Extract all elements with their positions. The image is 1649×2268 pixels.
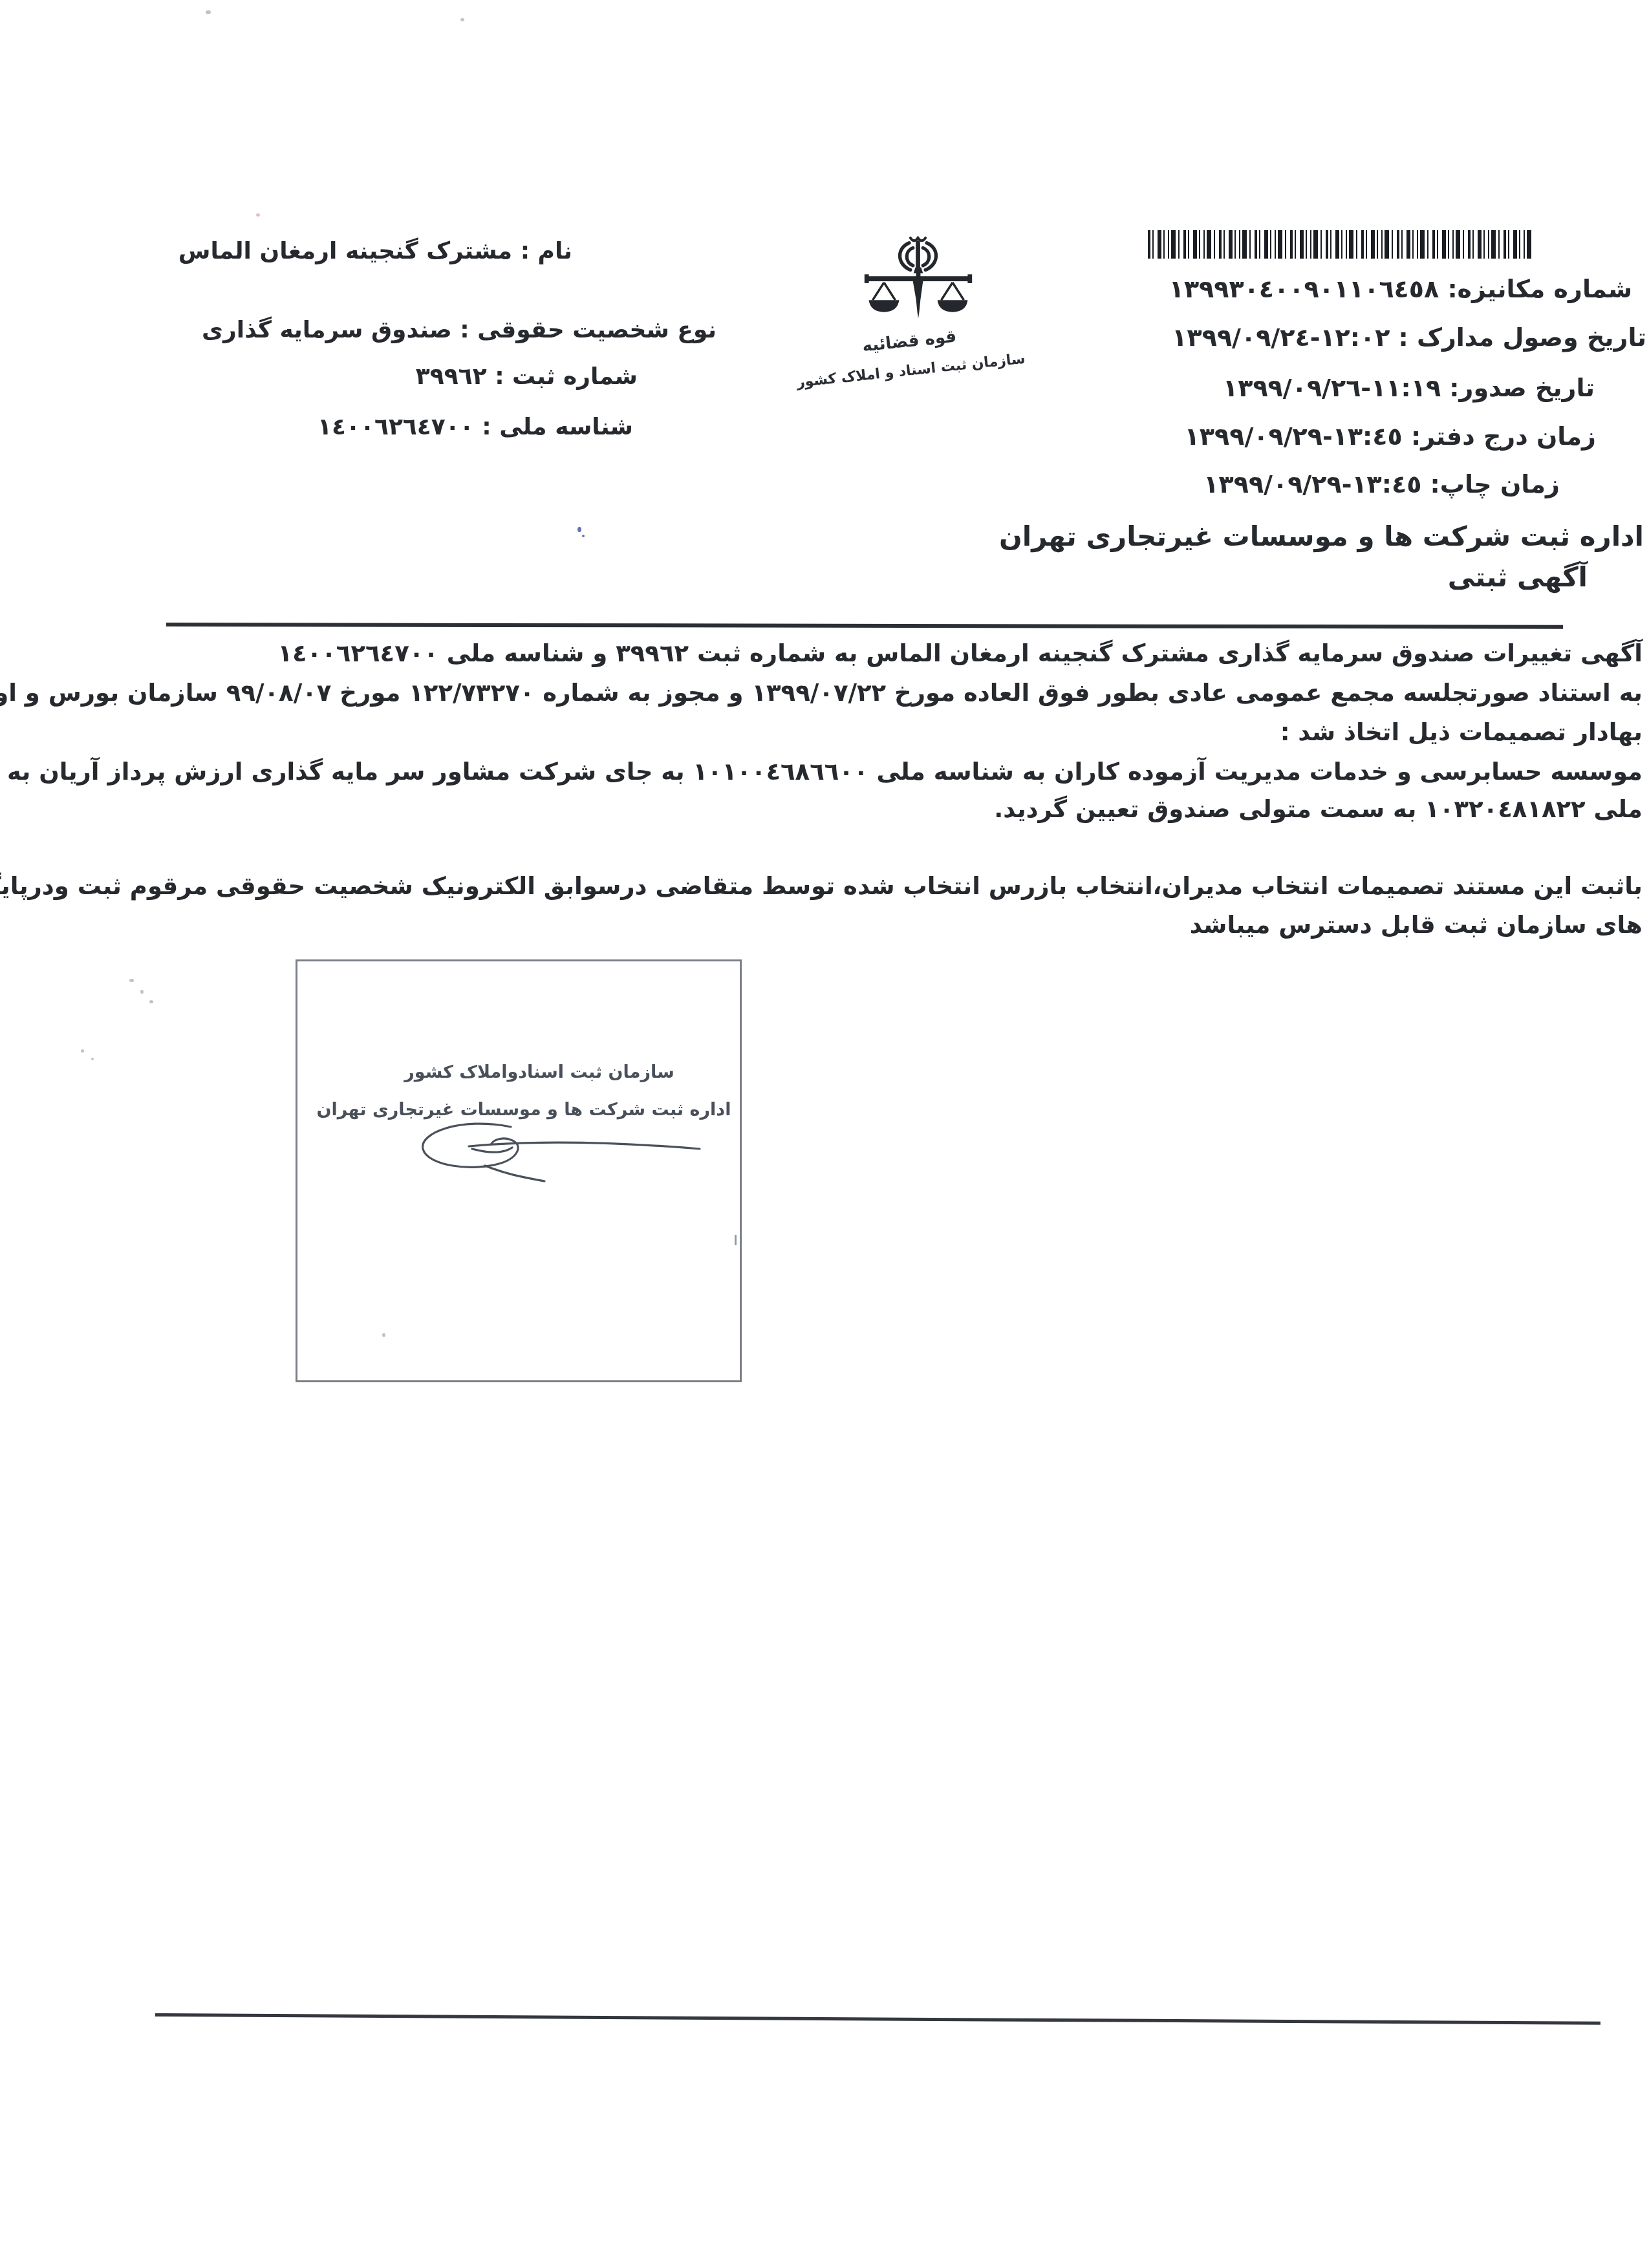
bottom-separator-line — [155, 2013, 1600, 2025]
scan-tick-mark — [735, 1235, 737, 1245]
meta-book-entry-time-line: زمان درج دفتر: ١٣:٤٥-١٣٩٩/٠٩/٢٩ — [1185, 422, 1596, 453]
scan-speck — [149, 1000, 153, 1003]
meta-issue-date-line: تاریخ صدور: ١١:١٩-١٣٩٩/٠٩/٢٦ — [1223, 373, 1595, 404]
registrant-name-line: نام : مشترک گنجینه ارمغان الماس — [178, 237, 572, 266]
scanned-registration-notice-page: نام : مشترک گنجینه ارمغان الماس نوع شخصی… — [0, 0, 1649, 2268]
stamp-organization-line: سازمان ثبت اسنادواملاک کشور — [336, 1062, 742, 1084]
meta-documents-received-line: تاریخ وصول مدارک : ١٢:٠٢-١٣٩٩/٠٩/٢٤ — [1172, 323, 1646, 354]
scan-speck — [256, 213, 260, 217]
body-line: بهادار تصمیمات ذیل اتخاذ شد : — [1280, 718, 1643, 747]
signature-icon — [407, 1115, 711, 1186]
body-line: ملی ١٠٣٢٠٤٨١٨٢٢ به سمت متولی صندوق تعیین… — [994, 795, 1643, 824]
body-line: آگهی تغییرات صندوق سرمایه گذاری مشترک گن… — [278, 639, 1643, 669]
body-line: باثبت این مستند تصمیمات انتخاب مدیران،ان… — [0, 872, 1643, 901]
scan-speck — [577, 527, 581, 532]
meta-print-time-line: زمان چاپ: ١٣:٤٥-١٣٩٩/٠٩/٢٩ — [1203, 469, 1560, 500]
scan-speck — [460, 18, 464, 21]
scan-speck — [382, 1333, 385, 1337]
meta-mechanized-number-line: شماره مکانیزه: ١٣٩٩٣٠٤٠٠٩٠١١٠٦٤٥٨ — [1169, 274, 1632, 305]
scales-of-justice-icon — [860, 234, 976, 330]
notice-type-line: آگهی ثبتی — [1448, 561, 1588, 595]
scan-speck — [140, 990, 144, 994]
scan-speck — [129, 979, 134, 982]
scan-speck — [81, 1049, 84, 1053]
logo-calligraphy-organization: سازمان ثبت اسناد و املاک کشور — [796, 350, 1026, 392]
logo-calligraphy-judiciary: قوه قضائیه — [861, 326, 958, 357]
body-line: موسسه حسابرسی و خدمات مدیریت آزموده کارا… — [0, 757, 1643, 787]
scan-speck — [91, 1058, 94, 1060]
registrant-legal-type-line: نوع شخصیت حقوقی : صندوق سرمایه گذاری — [202, 316, 717, 345]
body-line: های سازمان ثبت قابل دسترس میباشد — [1190, 910, 1643, 940]
scan-speck — [582, 535, 585, 537]
registrant-national-id-line: شناسه ملی : ١٤٠٠٦٢٦٤٧٠٠ — [318, 412, 633, 442]
scan-speck — [206, 10, 211, 14]
barcode-icon — [1148, 230, 1533, 259]
top-separator-line — [166, 623, 1563, 629]
office-title-line: اداره ثبت شرکت ها و موسسات غیرتجاری تهرا… — [999, 520, 1644, 554]
body-line: به استناد صورتجلسه مجمع عمومی عادی بطور … — [0, 678, 1643, 708]
registrant-registration-number-line: شماره ثبت : ٣٩٩٦٢ — [416, 362, 638, 391]
